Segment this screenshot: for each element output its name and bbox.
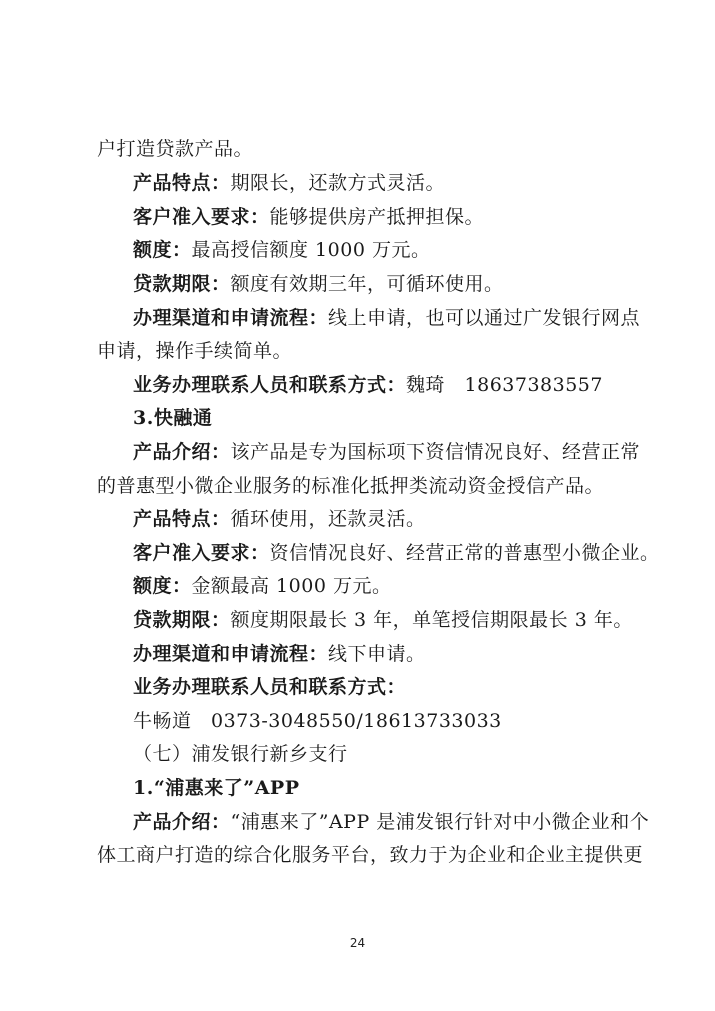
line-text: （七）浦发银行新乡支行 (133, 743, 348, 765)
line-text: “浦惠来了”APP 是浦发银行针对中小微企业和个 (231, 811, 650, 833)
line-label: 产品特点： (133, 172, 231, 194)
line-label: 办理渠道和申请流程： (133, 307, 328, 329)
section-heading: 3.快融通 (133, 406, 212, 430)
page-number: 24 (0, 936, 715, 950)
line-text: 该产品是专为国标项下资信情况良好、经营正常 (231, 441, 641, 463)
line-text: 循环使用，还款灵活。 (231, 508, 426, 530)
line-text: 金额最高 1000 万元。 (192, 575, 392, 597)
text-line: 客户准入要求：资信情况良好、经营正常的普惠型小微企业。 (133, 541, 660, 565)
text-line: 客户准入要求：能够提供房产抵押担保。 (133, 205, 484, 229)
line-text: 的普惠型小微企业服务的标准化抵押类流动资金授信产品。 (97, 475, 604, 497)
line-label: 业务办理联系人员和联系方式： (133, 676, 406, 698)
line-text: 资信情况良好、经营正常的普惠型小微企业。 (270, 542, 660, 564)
line-text: 期限长，还款方式灵活。 (231, 172, 446, 194)
subsection-heading: （七）浦发银行新乡支行 (133, 742, 348, 766)
line-text: 牛畅道 0373-3048550/18613733033 (133, 710, 502, 732)
line-label: 贷款期限： (133, 273, 231, 295)
line-label: 业务办理联系人员和联系方式： (133, 374, 406, 396)
line-text: 能够提供房产抵押担保。 (270, 206, 485, 228)
text-line: 额度：金额最高 1000 万元。 (133, 574, 391, 598)
line-label: 贷款期限： (133, 609, 231, 631)
text-line: 产品介绍：“浦惠来了”APP 是浦发银行针对中小微企业和个 (133, 810, 649, 834)
text-line: 业务办理联系人员和联系方式：魏琦 18637383557 (133, 373, 603, 397)
line-text: 户打造贷款产品。 (97, 138, 253, 160)
line-text: 线上申请，也可以通过广发银行网点 (328, 307, 640, 329)
text-line: 业务办理联系人员和联系方式： (133, 675, 406, 699)
text-line: 户打造贷款产品。 (97, 137, 253, 161)
line-text: 体工商户打造的综合化服务平台，致力于为企业和企业主提供更 (97, 844, 643, 866)
line-text: 申请，操作手续简单。 (97, 340, 292, 362)
line-text: 额度期限最长 3 年，单笔授信期限最长 3 年。 (231, 609, 633, 631)
text-line: 贷款期限：额度期限最长 3 年，单笔授信期限最长 3 年。 (133, 608, 633, 632)
line-label: 1.“浦惠来了”APP (133, 777, 300, 799)
text-line: 办理渠道和申请流程：线下申请。 (133, 642, 426, 666)
line-label: 额度： (133, 575, 192, 597)
line-label: 3.快融通 (133, 407, 212, 429)
line-label: 额度： (133, 239, 192, 261)
line-text: 魏琦 18637383557 (406, 374, 603, 396)
text-line: 体工商户打造的综合化服务平台，致力于为企业和企业主提供更 (97, 843, 643, 867)
text-line: 产品介绍：该产品是专为国标项下资信情况良好、经营正常 (133, 440, 640, 464)
line-label: 产品特点： (133, 508, 231, 530)
line-label: 客户准入要求： (133, 542, 270, 564)
text-line: 产品特点：期限长，还款方式灵活。 (133, 171, 445, 195)
text-line: 产品特点：循环使用，还款灵活。 (133, 507, 426, 531)
text-line: 贷款期限：额度有效期三年，可循环使用。 (133, 272, 504, 296)
line-label: 产品介绍： (133, 811, 231, 833)
line-label: 产品介绍： (133, 441, 231, 463)
line-text: 线下申请。 (328, 643, 426, 665)
text-line: 申请，操作手续简单。 (97, 339, 292, 363)
text-line: 办理渠道和申请流程：线上申请，也可以通过广发银行网点 (133, 306, 640, 330)
line-label: 办理渠道和申请流程： (133, 643, 328, 665)
text-line: 额度：最高授信额度 1000 万元。 (133, 238, 430, 262)
document-page: 户打造贷款产品。 产品特点：期限长，还款方式灵活。 客户准入要求：能够提供房产抵… (0, 0, 715, 1011)
line-text: 额度有效期三年，可循环使用。 (231, 273, 504, 295)
text-line: 的普惠型小微企业服务的标准化抵押类流动资金授信产品。 (97, 474, 604, 498)
line-label: 客户准入要求： (133, 206, 270, 228)
section-heading: 1.“浦惠来了”APP (133, 776, 300, 800)
text-line: 牛畅道 0373-3048550/18613733033 (133, 709, 502, 733)
line-text: 最高授信额度 1000 万元。 (192, 239, 431, 261)
